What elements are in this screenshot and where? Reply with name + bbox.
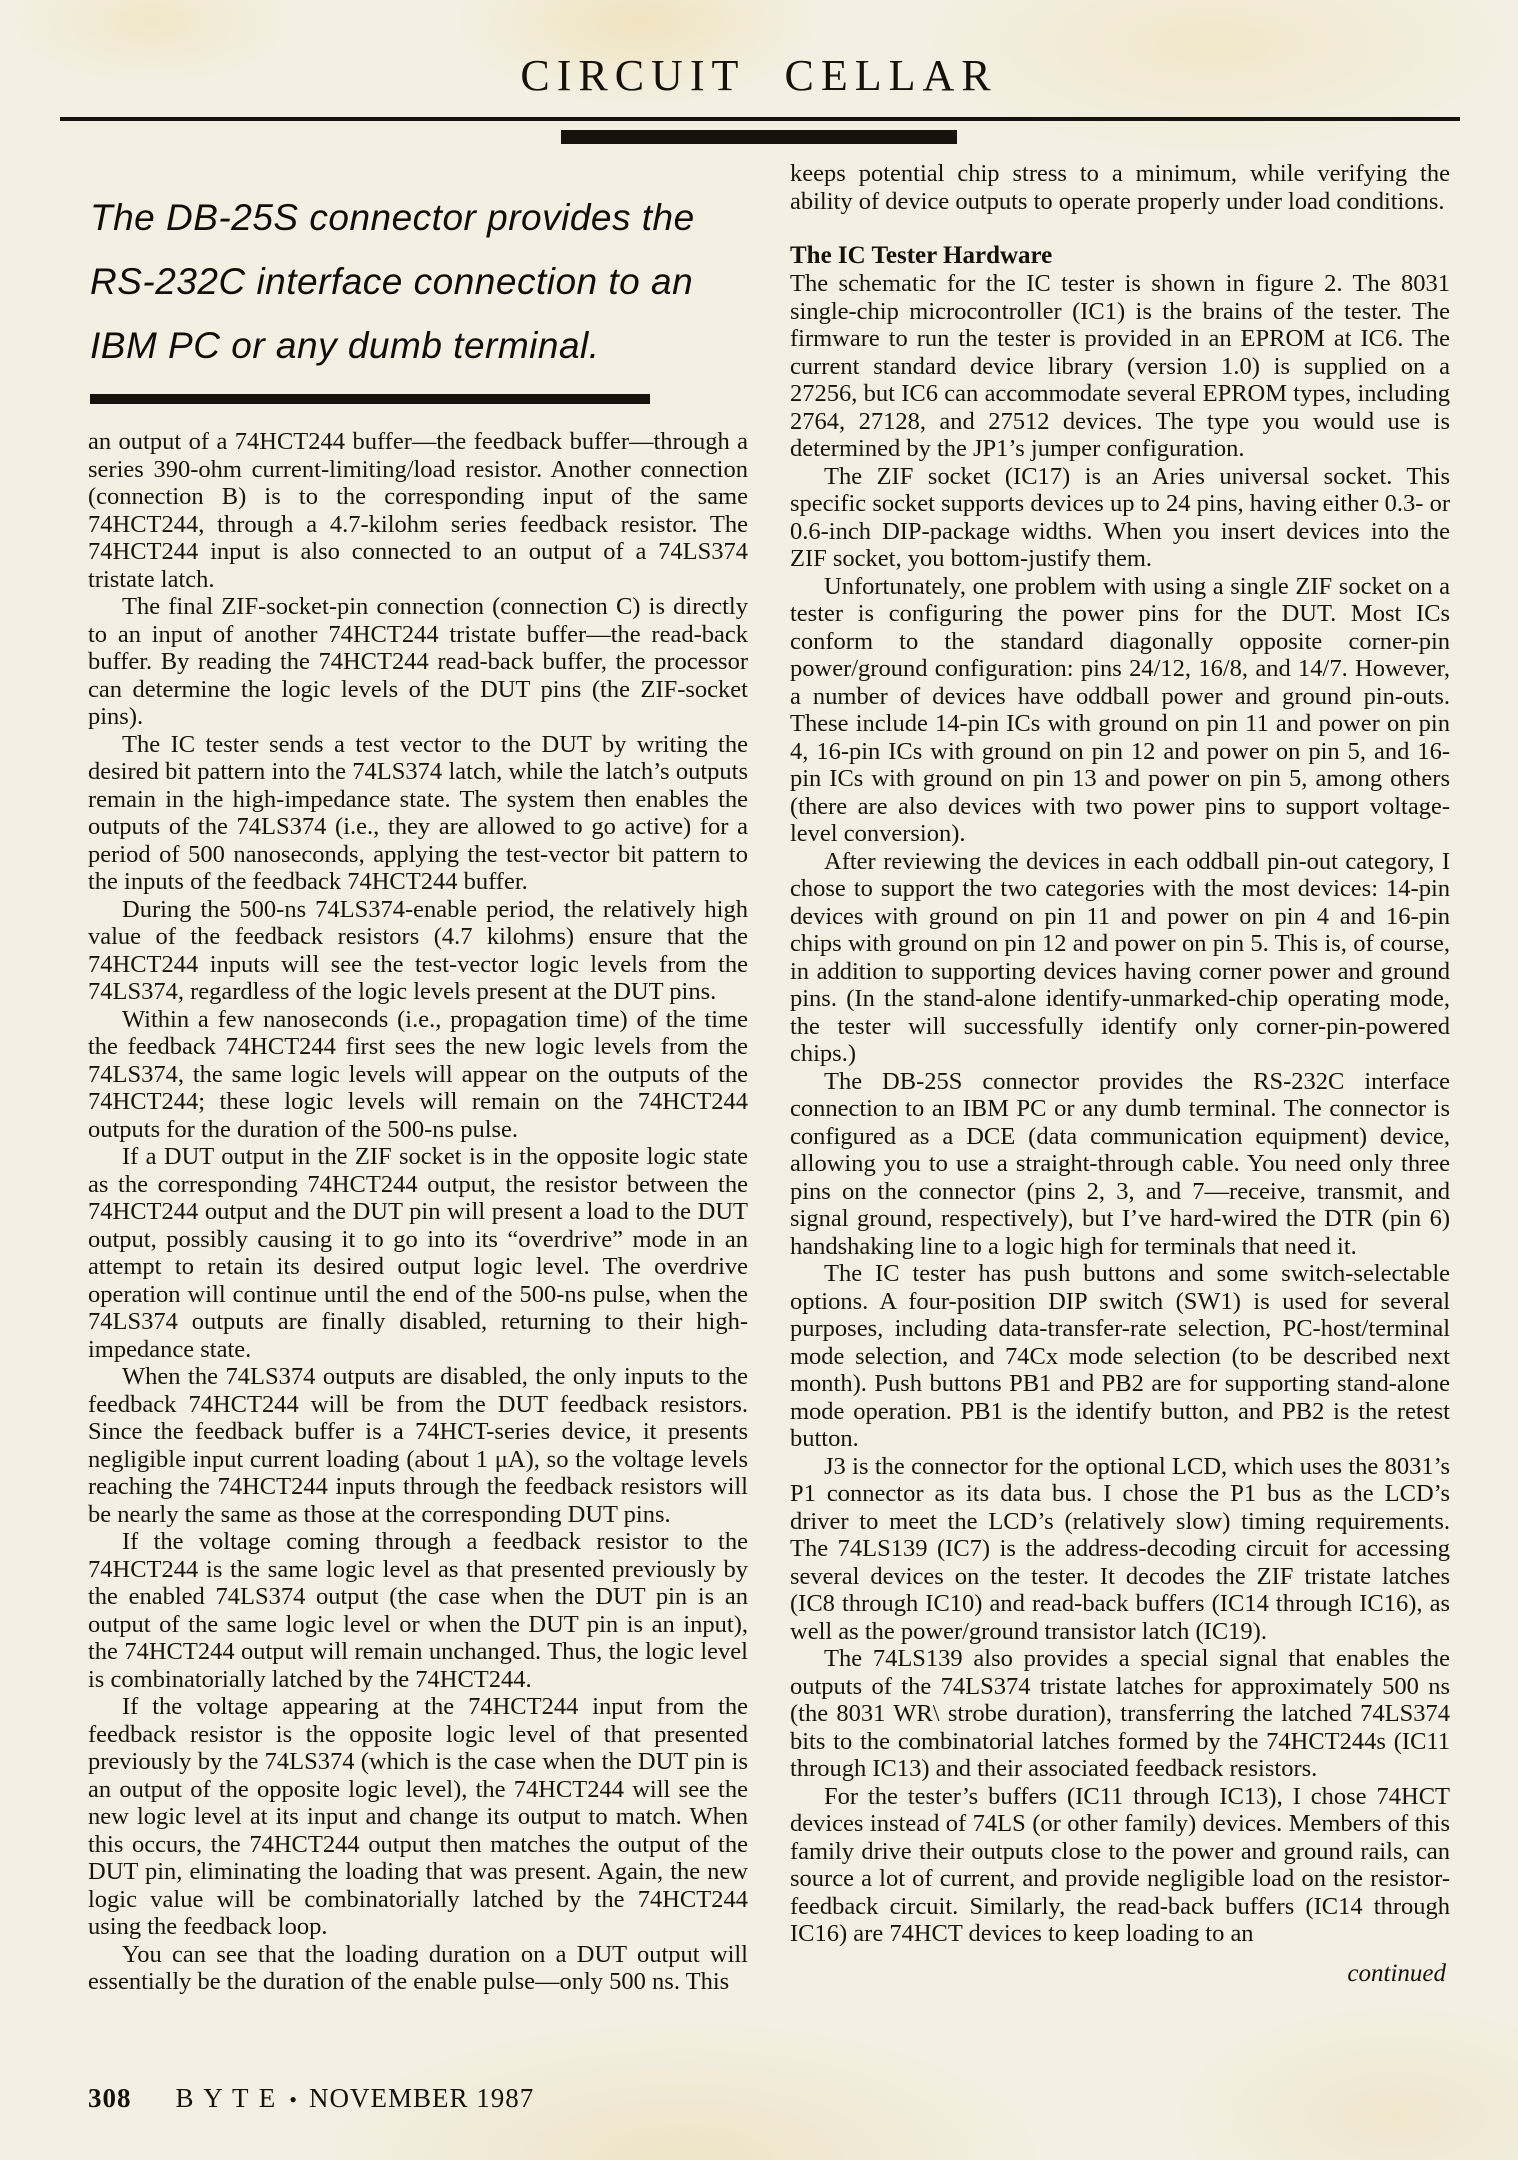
body-paragraph: an output of a 74HCT244 buffer—the feedb…: [88, 428, 748, 593]
body-paragraph: Unfortunately, one problem with using a …: [790, 573, 1450, 848]
body-paragraph: If a DUT output in the ZIF socket is in …: [88, 1143, 748, 1363]
body-paragraph: The final ZIF-socket-pin connection (con…: [88, 593, 748, 731]
body-paragraph: For the tester’s buffers (IC11 through I…: [790, 1783, 1450, 1948]
footer-separator: •: [289, 2087, 297, 2113]
pull-quote-rule: [90, 394, 650, 404]
continued-label: continued: [790, 1960, 1450, 1988]
body-paragraph: The 74LS139 also provides a special sign…: [790, 1645, 1450, 1783]
body-paragraph: The IC tester has push buttons and some …: [790, 1260, 1450, 1453]
body-paragraph: If the voltage coming through a feedback…: [88, 1528, 748, 1693]
page-footer: 308 B Y T E • NOVEMBER 1987: [88, 2083, 534, 2114]
body-paragraph: After reviewing the devices in each oddb…: [790, 848, 1450, 1068]
body-paragraph: The DB-25S connector provides the RS-232…: [790, 1068, 1450, 1261]
issue-date: NOVEMBER 1987: [309, 2083, 534, 2114]
body-paragraph: When the 74LS374 outputs are disabled, t…: [88, 1363, 748, 1528]
magazine-name: B Y T E: [176, 2083, 278, 2114]
body-paragraph: The schematic for the IC tester is shown…: [790, 270, 1450, 463]
header-accent-bar: [561, 130, 957, 144]
right-column-body: keeps potential chip stress to a minimum…: [790, 160, 1450, 1948]
right-column: keeps potential chip stress to a minimum…: [790, 160, 1450, 1988]
body-paragraph: If the voltage appearing at the 74HCT244…: [88, 1693, 748, 1941]
body-paragraph: You can see that the loading duration on…: [88, 1941, 748, 1996]
body-paragraph: The IC tester sends a test vector to the…: [88, 731, 748, 896]
header-rule: [60, 117, 1460, 121]
body-paragraph: During the 500-ns 74LS374-enable period,…: [88, 896, 748, 1006]
section-title: CIRCUIT CELLAR: [0, 0, 1518, 101]
page-number: 308: [88, 2083, 132, 2114]
body-paragraph: J3 is the connector for the optional LCD…: [790, 1453, 1450, 1646]
section-heading: The IC Tester Hardware: [790, 242, 1450, 270]
body-paragraph: Within a few nanoseconds (i.e., propagat…: [88, 1006, 748, 1144]
body-paragraph: keeps potential chip stress to a minimum…: [790, 160, 1450, 215]
page-header: CIRCUIT CELLAR: [0, 0, 1518, 144]
pull-quote: The DB-25S connector provides the RS-232…: [90, 186, 748, 378]
body-paragraph: The ZIF socket (IC17) is an Aries univer…: [790, 463, 1450, 573]
left-column: The DB-25S connector provides the RS-232…: [88, 160, 748, 1996]
magazine-page: CIRCUIT CELLAR The DB-25S connector prov…: [0, 0, 1518, 2160]
left-column-body: an output of a 74HCT244 buffer—the feedb…: [88, 428, 748, 1996]
article-columns: The DB-25S connector provides the RS-232…: [0, 144, 1518, 1996]
